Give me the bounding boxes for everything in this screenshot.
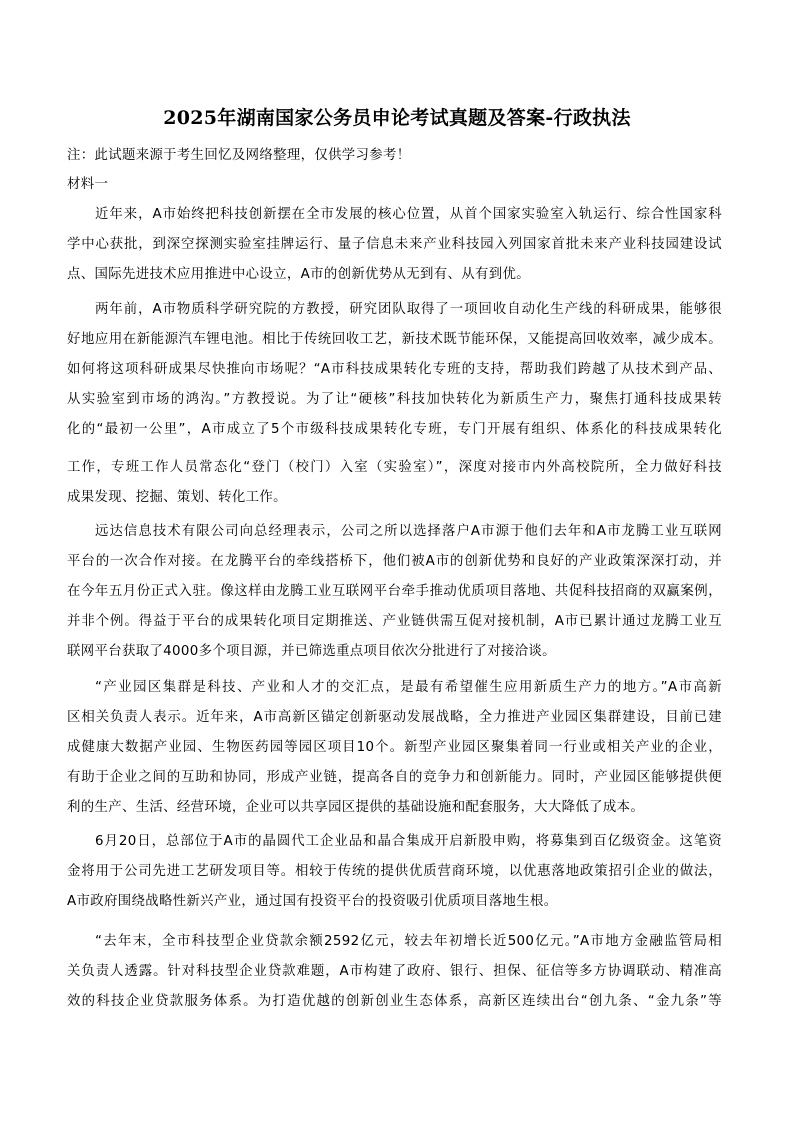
- paragraph-4-line-3: 成健康大数据产业园、生物医药园等园区项目10个。新型产业园区聚集着同一行业或相关…: [67, 738, 722, 758]
- section-heading: 材料一: [67, 175, 108, 195]
- paragraph-4-line-5: 利的生产、生活、经营环境，企业可以共享园区提供的基础设施和配套服务，大大降低了成…: [67, 798, 644, 818]
- paragraph-3-line-5: 联网平台获取了4000多个项目源，并已筛选重点项目依次分批进行了对接洽谈。: [67, 642, 556, 662]
- document-page: 2025年湖南国家公务员申论考试真题及答案-行政执法 注：此试题来源于考生回忆及…: [0, 0, 794, 1123]
- paragraph-5-line-1: 6月20日，总部位于A市的晶圆代工企业品和晶合集成开启新股申购，将募集到百亿级资…: [95, 832, 722, 852]
- paragraph-1-line-3: 点、国际先进技术应用推进中心设立，A市的创新优势从无到有、从有到优。: [67, 265, 530, 285]
- paragraph-3-line-3: 在今年五月份正式入驻。像这样由龙腾工业互联网平台牵手推动优质项目落地、共促科技招…: [67, 582, 722, 602]
- paragraph-5-line-3: A市政府围绕战略性新兴产业，通过国有投资平台的投资吸引优质项目落地生根。: [67, 892, 557, 912]
- paragraph-6-line-1: “去年末，全市科技型企业贷款余额2592亿元，较去年初增长近500亿元。”A市地…: [95, 932, 722, 952]
- paragraph-6-line-3: 效的科技企业贷款服务体系。为打造优越的创新创业生态体系，高新区连续出台“创九条、…: [67, 992, 722, 1012]
- paragraph-5-line-2: 金将用于公司先进工艺研发项目等。相较于传统的提供优质营商环境，以优惠落地政策招引…: [67, 862, 722, 882]
- paragraph-3-line-2: 平台的一次合作对接。在龙腾平台的牵线搭桥下，他们被A市的创新优势和良好的产业政策…: [67, 552, 722, 572]
- paragraph-1-line-1: 近年来，A市始终把科技创新摆在全市发展的核心位置，从首个国家实验室入轨运行、综合…: [95, 205, 722, 225]
- paragraph-3-line-4: 并非个例。得益于平台的成果转化项目定期推送、产业链供需互促对接机制，A市已累计通…: [67, 612, 722, 632]
- paragraph-4-line-1: “产业园区集群是科技、产业和人才的交汇点，是最有希望催生应用新质生产力的地方。”…: [95, 678, 722, 698]
- paragraph-6-line-2: 关负责人透露。针对科技型企业贷款难题，A市构建了政府、银行、担保、征信等多方协调…: [67, 962, 722, 982]
- paragraph-2-line-2: 好地应用在新能源汽车锂电池。相比于传统回收工艺，新技术既节能环保，又能提高回收效…: [67, 330, 722, 350]
- paragraph-2-line-7: 成果发现、挖掘、策划、转化工作。: [67, 488, 287, 508]
- paragraph-2-line-4: 从实验室到市场的鸿沟。”方教授说。为了让“硬核”科技加快转化为新质生产力，聚焦打…: [67, 390, 722, 410]
- source-note: 注：此试题来源于考生回忆及网络整理，仅供学习参考！: [67, 146, 411, 166]
- paragraph-4-line-4: 有助于企业之间的互助和协同，形成产业链，提高各自的竞争力和创新能力。同时，产业园…: [67, 768, 722, 788]
- document-title: 2025年湖南国家公务员申论考试真题及答案-行政执法: [0, 104, 794, 132]
- paragraph-2-line-5: 化的“最初一公里”，A市成立了5个市级科技成果转化专班，专门开展有组织、体系化的…: [67, 420, 722, 440]
- paragraph-2-line-6: 工作，专班工作人员常态化“登门（校门）入室（实验室）”，深度对接市内外高校院所，…: [67, 458, 722, 478]
- paragraph-3-line-1: 远达信息技术有限公司向总经理表示，公司之所以选择落户A市源于他们去年和A市龙腾工…: [95, 522, 722, 542]
- paragraph-1-line-2: 学中心获批，到深空探测实验室挂牌运行、量子信息未来产业科技园入列国家首批未来产业…: [67, 235, 722, 255]
- paragraph-4-line-2: 区相关负责人表示。近年来，A市高新区锚定创新驱动发展战略，全力推进产业园区集群建…: [67, 708, 722, 728]
- paragraph-2-line-3: 如何将这项科研成果尽快推向市场呢？“A市科技成果转化专班的支持，帮助我们跨越了从…: [67, 360, 722, 380]
- paragraph-2-line-1: 两年前，A市物质科学研究院的方教授，研究团队取得了一项回收自动化生产线的科研成果…: [95, 300, 722, 320]
